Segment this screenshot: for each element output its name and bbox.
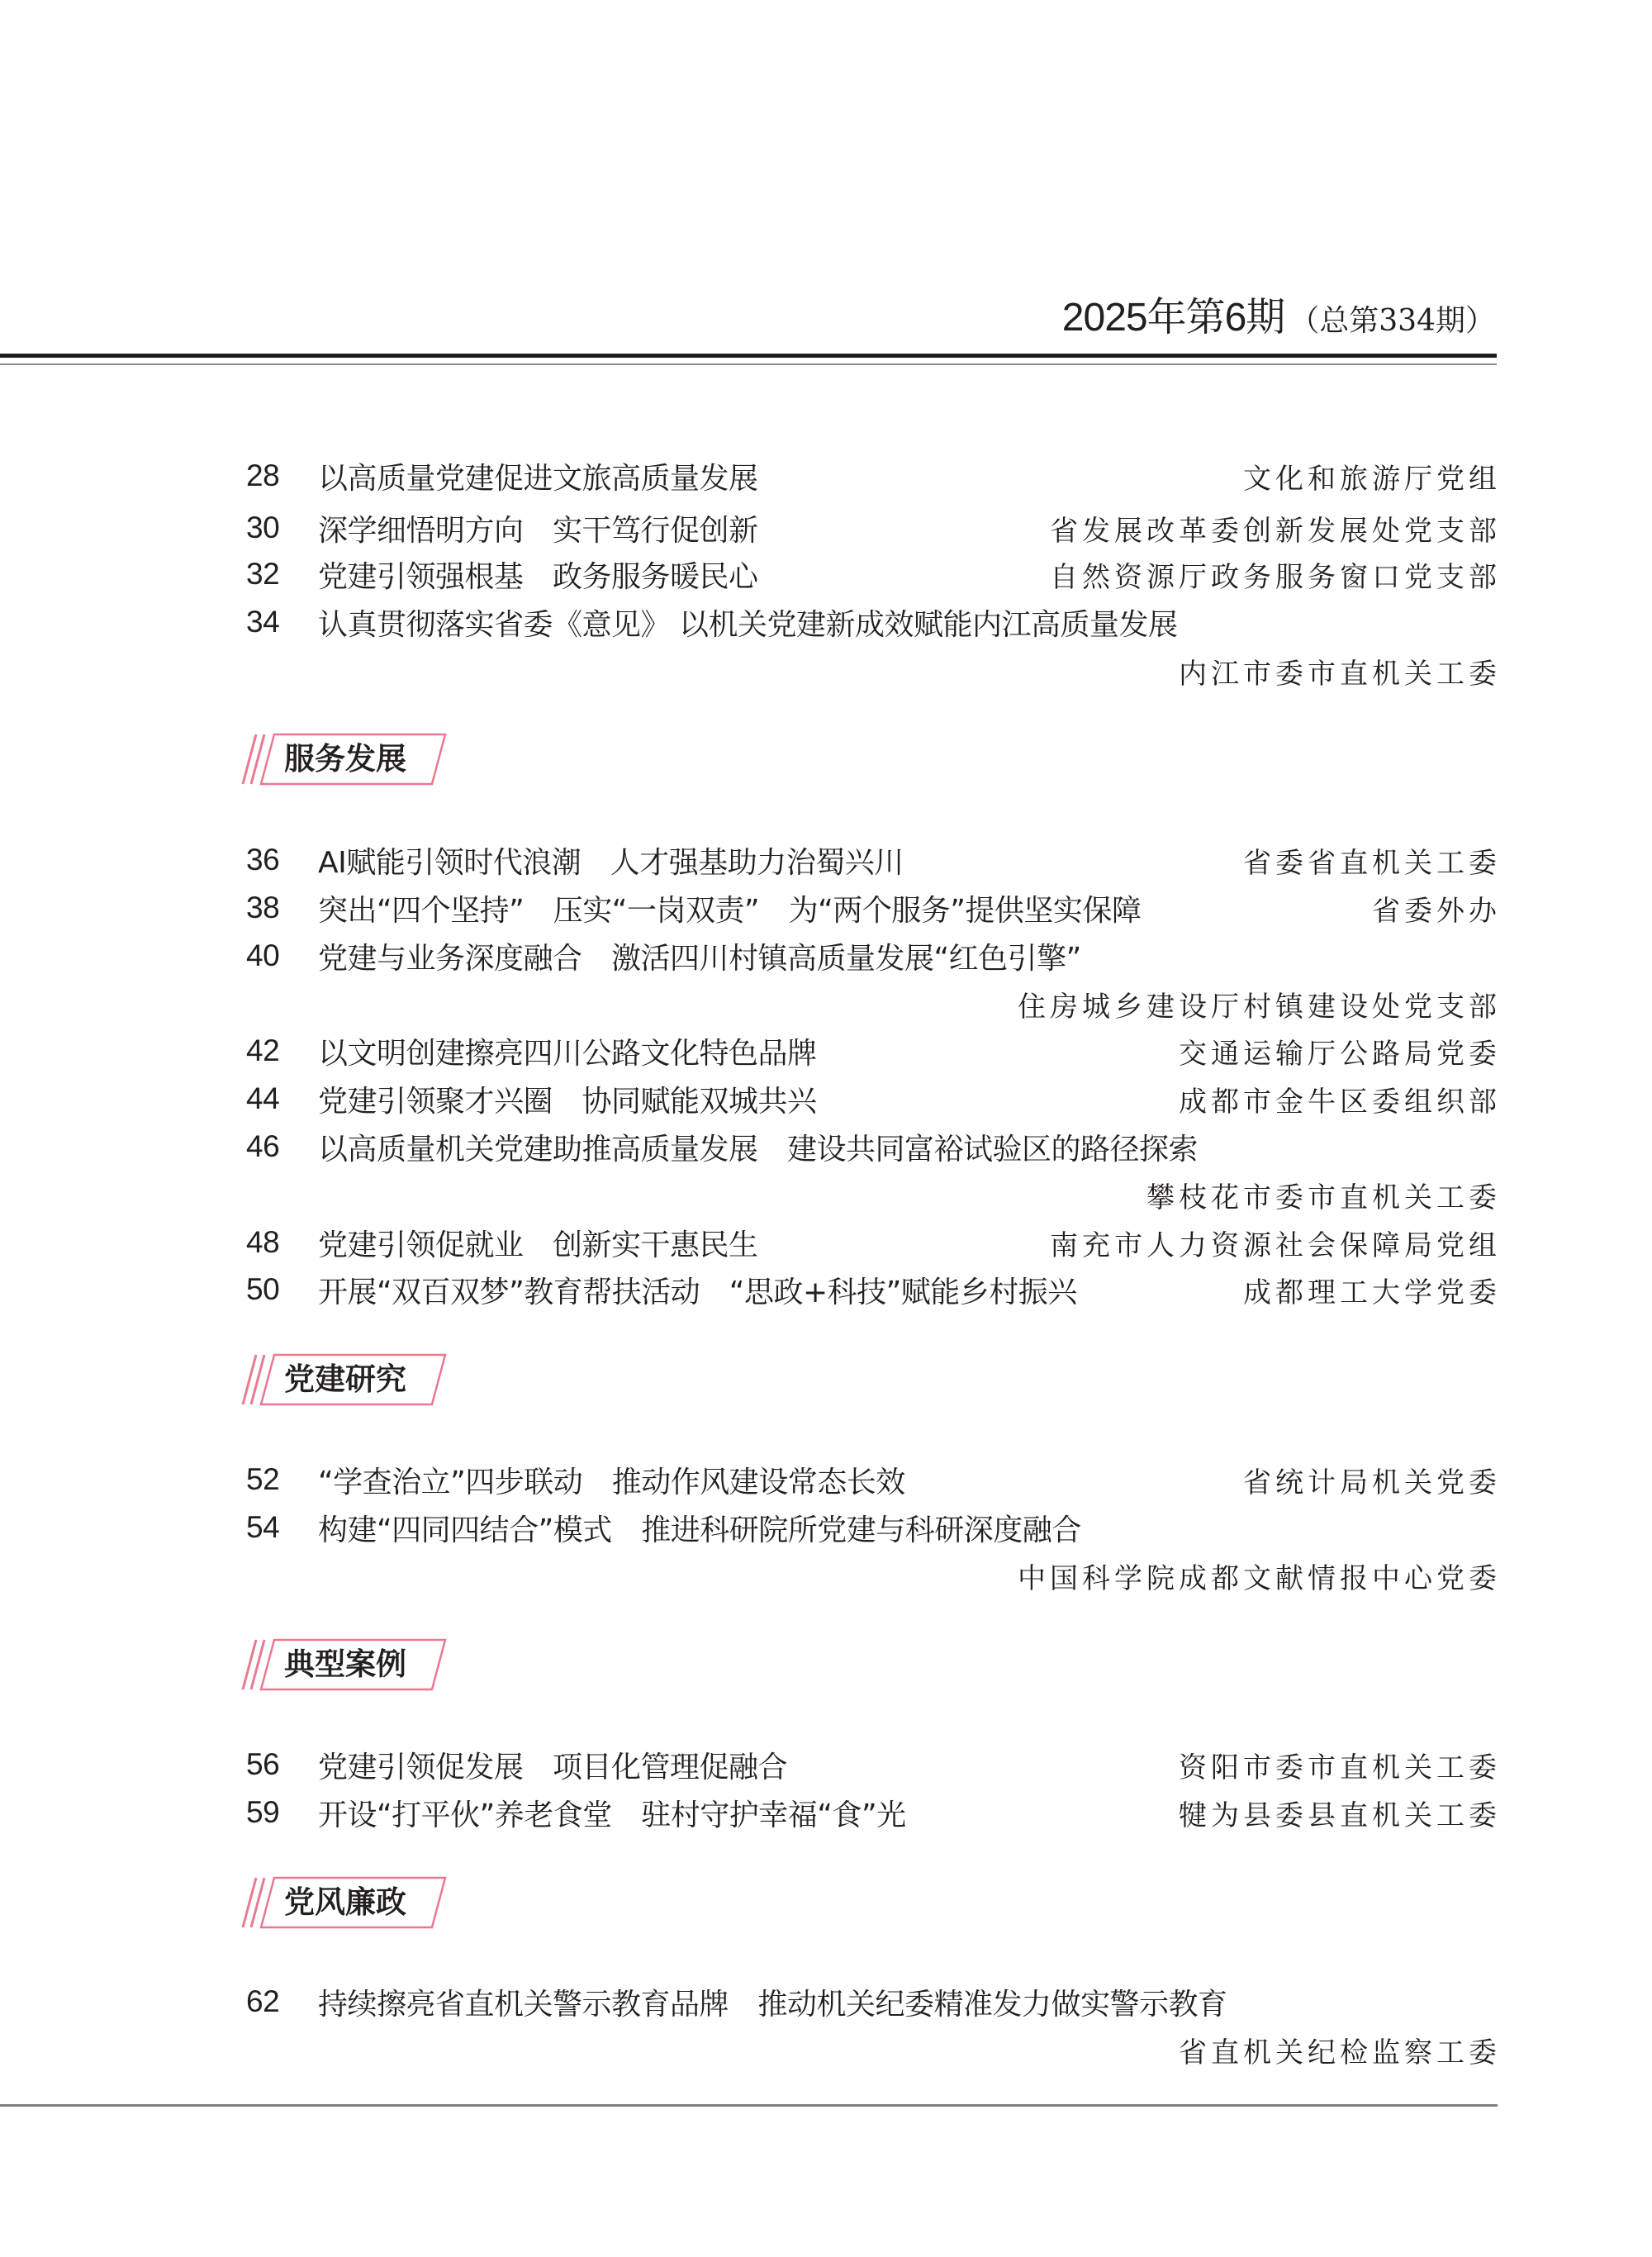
section-header-party-building-research: 党建研究 (240, 1353, 454, 1406)
section-label: 服务发展 (284, 733, 406, 786)
header-rule-thick (0, 354, 1497, 358)
article-title[interactable]: “学查治立”四步联动 推动作风建设常态长效 (318, 1459, 1243, 1501)
toc-entry[interactable]: 38 突出“四个坚持” 压实“一岗双责” 为“两个服务”提供坚实保障 省委外办 (246, 888, 1497, 928)
article-title[interactable]: 持续擦亮省直机关警示教育品牌 推动机关纪委精准发力做实警示教育 (318, 1981, 1497, 2023)
issue-number: 2025年第6期 (1062, 285, 1284, 342)
page-number: 34 (246, 605, 318, 639)
article-author-org: 交通运输厅公路局党委 (1179, 1031, 1501, 1071)
page-number: 52 (246, 1462, 318, 1497)
toc-entry[interactable]: 52 “学查治立”四步联动 推动作风建设常态长效 省统计局机关党委 (246, 1460, 1497, 1499)
toc-entry[interactable]: 56 党建引领促发展 项目化管理促融合 资阳市委市直机关工委 (246, 1745, 1497, 1784)
article-author-org: 省委省直机关工委 (1243, 840, 1501, 881)
toc-entry[interactable]: 50 开展“双百双梦”教育帮扶活动 “思政+科技”赋能乡村振兴 成都理工大学党委 (246, 1270, 1497, 1309)
toc-entry[interactable]: 44 党建引领聚才兴圈 协同赋能双城共兴 成都市金牛区委组织部 (246, 1079, 1497, 1119)
page-number: 59 (246, 1795, 318, 1830)
page-number: 32 (246, 557, 318, 592)
article-title[interactable]: 党建引领聚才兴圈 协同赋能双城共兴 (318, 1078, 1179, 1120)
article-title[interactable]: 党建与业务深度融合 激活四川村镇高质量发展“红色引擎” (318, 935, 1497, 977)
article-title[interactable]: 党建引领促发展 项目化管理促融合 (318, 1744, 1179, 1786)
article-author-org: 资阳市委市直机关工委 (1179, 1745, 1501, 1785)
article-title[interactable]: 以文明创建擦亮四川公路文化特色品牌 (318, 1030, 1179, 1072)
article-author-org: 文化和旅游厅党组 (1243, 456, 1501, 497)
toc-entry[interactable]: 48 党建引领促就业 创新实干惠民生 南充市人力资源社会保障局党组 (246, 1223, 1497, 1262)
total-issue-number: （总第334期） (1289, 297, 1495, 340)
article-title[interactable]: 构建“四同四结合”模式 推进科研院所党建与科研深度融合 (318, 1507, 1497, 1549)
article-title[interactable]: 党建引领强根基 政务服务暖民心 (318, 554, 1050, 596)
page-number: 38 (246, 891, 318, 925)
article-title[interactable]: 突出“四个坚持” 压实“一岗双责” 为“两个服务”提供坚实保障 (318, 887, 1372, 929)
toc-entry-org-line: 攀枝花市委市直机关工委 (246, 1175, 1497, 1214)
article-author-org: 中国科学院成都文献情报中心党委 (1018, 1556, 1501, 1596)
toc-entry[interactable]: 40 党建与业务深度融合 激活四川村镇高质量发展“红色引擎” (246, 936, 1497, 976)
section-label: 党风廉政 (284, 1876, 406, 1929)
article-author-org: 省委外办 (1372, 888, 1501, 929)
toc-entry-org-line: 内江市委市直机关工委 (246, 651, 1497, 691)
article-title[interactable]: AI赋能引领时代浪潮 人才强基助力治蜀兴川 (318, 839, 1243, 881)
article-author-org: 省统计局机关党委 (1243, 1460, 1501, 1500)
page-number: 48 (246, 1225, 318, 1260)
page-number: 42 (246, 1033, 318, 1068)
toc-entry[interactable]: 34 认真贯彻落实省委《意见》 以机关党建新成效赋能内江高质量发展 (246, 602, 1497, 642)
article-title[interactable]: 开设“打平伙”养老食堂 驻村守护幸福“食”光 (318, 1792, 1179, 1834)
toc-entry[interactable]: 59 开设“打平伙”养老食堂 驻村守护幸福“食”光 犍为县委县直机关工委 (246, 1793, 1497, 1832)
article-author-org: 省直机关纪检监察工委 (1179, 2030, 1501, 2070)
article-author-org: 成都理工大学党委 (1243, 1270, 1501, 1310)
page-number: 28 (246, 459, 318, 493)
section-label: 党建研究 (284, 1353, 406, 1406)
article-author-org: 南充市人力资源社会保障局党组 (1050, 1223, 1501, 1263)
page-number: 56 (246, 1747, 318, 1782)
article-author-org: 住房城乡建设厅村镇建设处党支部 (1018, 984, 1501, 1024)
page-number: 46 (246, 1129, 318, 1164)
toc-entry[interactable]: 32 党建引领强根基 政务服务暖民心 自然资源厅政务服务窗口党支部 (246, 554, 1497, 594)
page-number: 36 (246, 843, 318, 877)
page-number: 30 (246, 511, 318, 545)
toc-entry[interactable]: 28 以高质量党建促进文旅高质量发展 文化和旅游厅党组 (246, 456, 1497, 496)
article-author-org: 攀枝花市委市直机关工委 (1146, 1175, 1501, 1215)
article-title[interactable]: 深学细悟明方向 实干笃行促创新 (318, 507, 1050, 549)
article-author-org: 成都市金牛区委组织部 (1179, 1079, 1501, 1119)
article-author-org: 省发展改革委创新发展处党支部 (1050, 508, 1501, 549)
toc-entry-org-line: 中国科学院成都文献情报中心党委 (246, 1556, 1497, 1595)
page-number: 40 (246, 938, 318, 973)
article-author-org: 犍为县委县直机关工委 (1179, 1793, 1501, 1833)
page-number: 54 (246, 1510, 318, 1545)
toc-entry[interactable]: 46 以高质量机关党建助推高质量发展 建设共同富裕试验区的路径探索 (246, 1127, 1497, 1167)
page-number: 50 (246, 1272, 318, 1307)
issue-header: 2025年第6期 （总第334期） (1062, 285, 1495, 340)
footer-rule (0, 2104, 1498, 2107)
article-title[interactable]: 以高质量机关党建助推高质量发展 建设共同富裕试验区的路径探索 (318, 1126, 1497, 1168)
article-author-org: 内江市委市直机关工委 (1179, 651, 1501, 691)
article-title[interactable]: 认真贯彻落实省委《意见》 以机关党建新成效赋能内江高质量发展 (318, 601, 1497, 644)
toc-entry-org-line: 省直机关纪检监察工委 (246, 2030, 1497, 2069)
section-label: 典型案例 (284, 1638, 406, 1691)
article-title[interactable]: 党建引领促就业 创新实干惠民生 (318, 1222, 1050, 1264)
section-header-service-development: 服务发展 (240, 733, 454, 786)
page-number: 44 (246, 1081, 318, 1116)
toc-entry[interactable]: 36 AI赋能引领时代浪潮 人才强基助力治蜀兴川 省委省直机关工委 (246, 840, 1497, 880)
header-rule-thin (0, 363, 1497, 365)
article-title[interactable]: 以高质量党建促进文旅高质量发展 (318, 455, 1243, 497)
article-author-org: 自然资源厅政务服务窗口党支部 (1050, 554, 1501, 595)
section-header-typical-cases: 典型案例 (240, 1638, 454, 1691)
toc-entry[interactable]: 62 持续擦亮省直机关警示教育品牌 推动机关纪委精准发力做实警示教育 (246, 1982, 1497, 2022)
section-header-integrity: 党风廉政 (240, 1876, 454, 1929)
toc-entry[interactable]: 42 以文明创建擦亮四川公路文化特色品牌 交通运输厅公路局党委 (246, 1031, 1497, 1071)
article-title[interactable]: 开展“双百双梦”教育帮扶活动 “思政+科技”赋能乡村振兴 (318, 1269, 1243, 1311)
toc-entry-org-line: 住房城乡建设厅村镇建设处党支部 (246, 984, 1497, 1024)
page-number: 62 (246, 1984, 318, 2019)
toc-entry[interactable]: 30 深学细悟明方向 实干笃行促创新 省发展改革委创新发展处党支部 (246, 508, 1497, 548)
toc-entry[interactable]: 54 构建“四同四结合”模式 推进科研院所党建与科研深度融合 (246, 1508, 1497, 1547)
